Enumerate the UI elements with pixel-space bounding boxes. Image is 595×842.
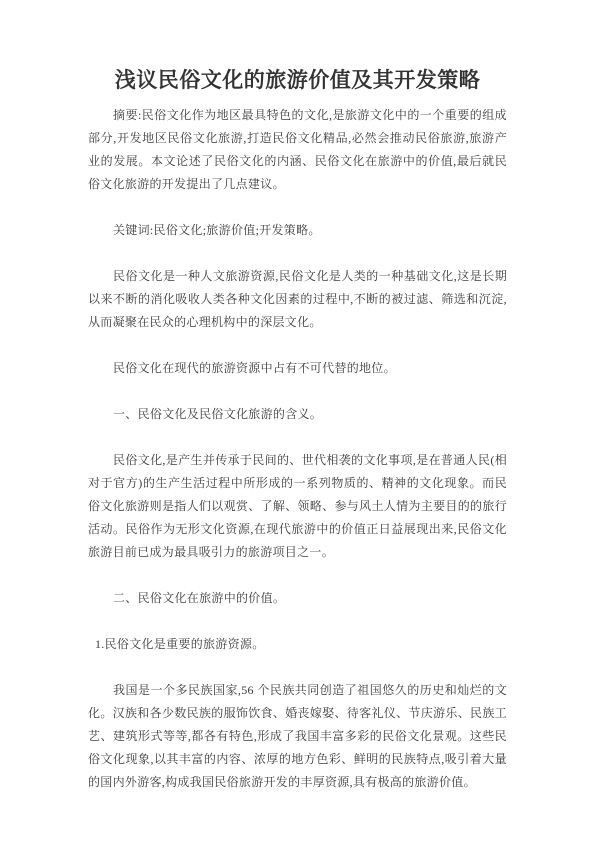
intro-paragraph: 民俗文化是一种人文旅游资源,民俗文化是人类的一种基础文化,这是长期以来不断的消化…	[88, 265, 507, 334]
section-2-sub-heading: 1.民俗文化是重要的旅游资源。	[88, 633, 507, 656]
statement-paragraph: 民俗文化在现代的旅游资源中占有不可代替的地位。	[88, 357, 507, 380]
document-title: 浅议民俗文化的旅游价值及其开发策略	[88, 64, 507, 96]
section-2-paragraph-1: 我国是一个多民族国家,56 个民族共同创造了祖国悠久的历史和灿烂的文化。汉族和各…	[88, 679, 507, 794]
section-1-paragraph: 民俗文化,是产生并传承于民间的、世代相袭的文化事项,是在普通人民(相对于官方)的…	[88, 449, 507, 564]
section-2-heading: 二、民俗文化在旅游中的价值。	[88, 587, 507, 610]
section-1-heading: 一、民俗文化及民俗文化旅游的含义。	[88, 403, 507, 426]
abstract-paragraph: 摘要:民俗文化作为地区最具特色的文化,是旅游文化中的一个重要的组成部分,开发地区…	[88, 104, 507, 196]
keywords-line: 关键词:民俗文化;旅游价值;开发策略。	[88, 219, 507, 242]
document-page: 浅议民俗文化的旅游价值及其开发策略 摘要:民俗文化作为地区最具特色的文化,是旅游…	[0, 0, 595, 842]
